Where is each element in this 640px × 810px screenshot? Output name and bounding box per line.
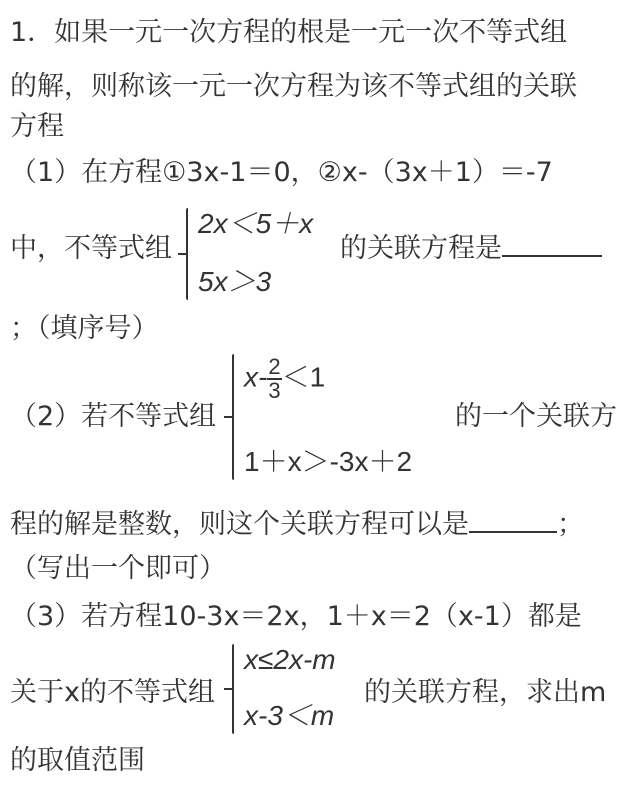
intro-line-1: 1．如果一元一次方程的根是一元一次不等式组 — [10, 16, 567, 50]
part3-system-row1: x≤2x-m — [244, 644, 336, 676]
part2-prefix: （2）若不等式组 — [10, 400, 216, 434]
intro-line-2: 的解，则称该一元一次方程为该不等式组的关联 — [10, 70, 577, 104]
part2-suffix: 的一个关联方 — [455, 400, 617, 434]
part2-system-row1: x-23＜1 — [244, 356, 325, 402]
intro-line-3: 方程 — [10, 110, 64, 144]
numerator: 2 — [267, 356, 281, 380]
left-brace-icon — [232, 644, 234, 734]
answer-blank-1[interactable] — [502, 235, 602, 257]
part1-suffix-text: 的关联方程是 — [340, 233, 502, 264]
part3-prefix: 关于x的不等式组 — [10, 676, 215, 710]
left-brace-icon — [186, 208, 188, 300]
part3-line1: （3）若方程10-3x＝2x，1＋x＝2（x-1）都是 — [10, 600, 582, 634]
part1-prefix: 中，不等式组 — [10, 232, 172, 266]
part1-tail: ；（填序号） — [10, 312, 159, 346]
part3-system-row2: x-3＜m — [244, 700, 334, 732]
part3-line3: 的取值范围 — [10, 744, 145, 778]
part2-line2-end: ； — [557, 509, 584, 540]
part3-suffix: 的关联方程，求出m — [364, 676, 606, 710]
part1-system-row1: 2x＜5＋x — [198, 208, 313, 240]
row1-pre: x- — [244, 361, 267, 392]
left-brace-icon — [232, 354, 234, 480]
answer-blank-2[interactable] — [469, 511, 557, 533]
row1-post: ＜1 — [282, 361, 326, 392]
part1-suffix: 的关联方程是 — [340, 232, 602, 266]
part1-line1: （1）在方程①3x-1＝0，②x-（3x＋1）＝-7 — [10, 156, 553, 190]
part2-line2-text: 程的解是整数，则这个关联方程可以是 — [10, 509, 469, 540]
part2-system-row2: 1＋x＞-3x＋2 — [244, 446, 412, 478]
fraction: 23 — [267, 356, 281, 402]
part2-line3: （写出一个即可） — [10, 552, 226, 586]
part1-system-row2: 5x＞3 — [198, 266, 271, 298]
part2-line2: 程的解是整数，则这个关联方程可以是； — [10, 508, 584, 542]
denominator: 3 — [267, 380, 281, 402]
